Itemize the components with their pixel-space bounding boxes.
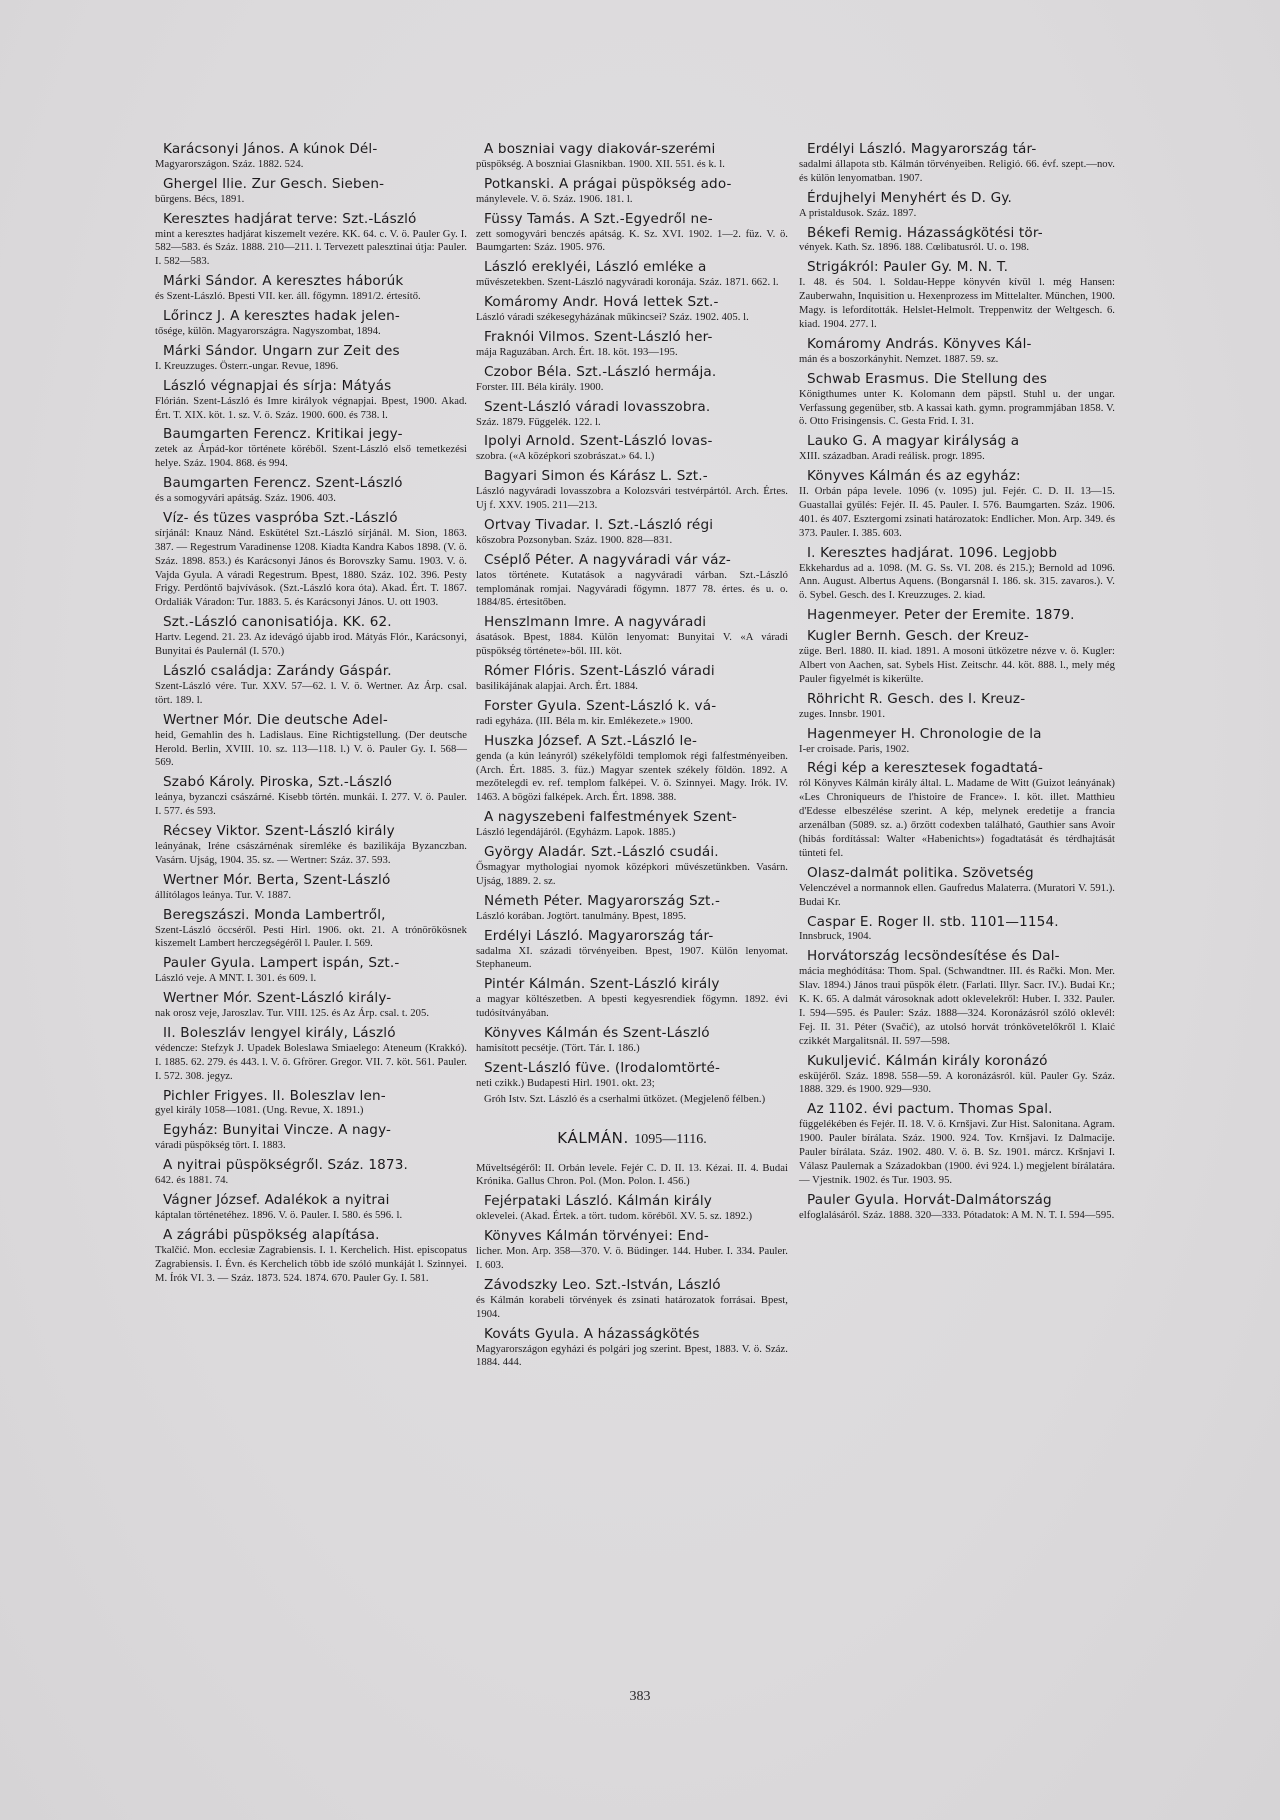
bibliography-entry: A nyitrai püspökségről. Száz. 1873.642. … [155,1159,467,1188]
entry-heading: Régi kép a keresztesek fogadtatá- [807,760,1043,776]
bibliography-entry: Wertner Mór. Berta, Szent-Lászlóállítóla… [155,874,467,903]
entry-text: zuges. Innsbr. 1901. [799,709,885,720]
bibliography-entry: Szt.-László canonisatiója. KK. 62.Hartv.… [155,616,467,659]
middle-entries: A boszniai vagy diakovár-szerémipüspöksé… [476,143,788,1107]
entry-heading: Beregszászi. Monda Lambertről, [163,907,386,923]
entry-text: I. 48. és 504. l. Soldau-Heppe könyvén k… [799,277,1115,330]
bibliography-entry: Műveltségéről: II. Orbán levele. Fejér C… [476,1162,788,1190]
bibliography-entry: A nagyszebeni falfestmények Szent-László… [476,811,788,840]
entry-heading: Ghergel Ilie. Zur Gesch. Sieben- [163,176,384,192]
bibliography-entry: Érdujhelyi Menyhért és D. Gy.A pristaldu… [799,192,1115,221]
entry-heading: Wertner Mór. Berta, Szent-László [163,872,390,888]
entry-text: basilikájának alapjai. Arch. Ért. 1884. [476,681,638,692]
entry-heading: Horvátország lecsöndesítése és Dal- [807,948,1060,964]
entry-text: Forster. III. Béla király. 1900. [476,382,603,393]
bibliography-entry: Könyves Kálmán és Szent-Lászlóhamisított… [476,1027,788,1056]
entry-text: radi egyháza. (III. Béla m. kir. Emlékez… [476,716,693,727]
bibliography-entry: László végnapjai és sírja: MátyásFlórián… [155,380,467,423]
bibliography-entry: Régi kép a keresztesek fogadtatá-ról Kön… [799,762,1115,860]
entry-text: neti czikk.) Budapesti Hirl. 1901. okt. … [476,1078,655,1089]
entry-heading: Szt.-László canonisatiója. KK. 62. [163,614,392,630]
bibliography-entry: Závodszky Leo. Szt.-István, Lászlóés Kál… [476,1279,788,1322]
entry-text: Velenczével a normannok ellen. Gaufredus… [799,883,1115,908]
bibliography-entry: Komáromy Andr. Hová lettek Szt.-László v… [476,296,788,325]
entry-heading: Erdélyi László. Magyarország tár- [807,141,1036,157]
entry-text: oklevelei. (Akad. Értek. a tört. tudom. … [476,1211,752,1222]
middle-entries-after-section: Műveltségéről: II. Orbán levele. Fejér C… [476,1162,788,1371]
entry-text: függelékében és Fejér. II. 18. V. ö. Krn… [799,1119,1115,1186]
entry-text: szobra. («A középkori szobrászat.» 64. l… [476,451,654,462]
bibliography-entry: Márki Sándor. Ungarn zur Zeit desI. Kreu… [155,345,467,374]
entry-text: kőszobra Pozsonyban. Száz. 1900. 828—831… [476,535,672,546]
bibliography-entry: Fraknói Vilmos. Szent-László her-mája Ra… [476,331,788,360]
entry-heading: László családja: Zarándy Gáspár. [163,663,392,679]
bibliography-entry: Békefi Remig. Házasságkötési tör-vények.… [799,227,1115,256]
entry-text: genda (a kún leányról) székelyföldi temp… [476,751,788,804]
bibliography-entry: Az 1102. évi pactum. Thomas Spal.függelé… [799,1103,1115,1187]
entry-heading: Márki Sándor. A keresztes háborúk [163,273,403,289]
bibliography-entry: A zágrábi püspökség alapítása.Tkalčić. M… [155,1229,467,1286]
entry-heading: Kukuljević. Kálmán király koronázó [807,1053,1048,1069]
bibliography-entry: Márki Sándor. A keresztes háborúkés Szen… [155,275,467,304]
entry-text: mánylevele. V. ö. Száz. 1906. 181. l. [476,194,633,205]
entry-text: püspökség. A boszniai Glasnikban. 1900. … [476,159,725,170]
bibliography-entry: Rómer Flóris. Szent-László váradibasilik… [476,665,788,694]
book-page: Karácsonyi János. A kúnok Dél-Magyarorsz… [0,0,1280,1820]
entry-heading: Vágner József. Adalékok a nyitrai [163,1192,390,1208]
entry-heading: Pauler Gyula. Lampert ispán, Szt.- [163,955,399,971]
entry-text: Königthumes unter K. Kolomann dem päpstl… [799,389,1115,428]
bibliography-entry: Szent-László füve. (Irodalomtörté-neti c… [476,1062,788,1107]
entry-heading: Olasz-dalmát politika. Szövetség [807,865,1034,881]
entry-text: I. Kreuzzuges. Österr.-ungar. Revue, 189… [155,361,338,372]
entry-heading: A zágrábi püspökség alapítása. [163,1227,380,1243]
bibliography-entry: Schwab Erasmus. Die Stellung desKönigthu… [799,373,1115,430]
entry-heading: Szent-László váradi lovasszobra. [484,399,710,415]
bibliography-entry: Szent-László váradi lovasszobra.Száz. 18… [476,401,788,430]
entry-text: Flórián. Szent-László és Imre királyok v… [155,396,467,421]
bibliography-entry: Karácsonyi János. A kúnok Dél-Magyarorsz… [155,143,467,172]
entry-heading: Potkanski. A prágai püspökség ado- [484,176,732,192]
bibliography-entry: Baumgarten Ferencz. Szent-Lászlóés a som… [155,477,467,506]
entry-text: és Szent-László. Bpesti VII. ker. áll. f… [155,291,421,302]
entry-text: vények. Kath. Sz. 1896. 188. Cœlibatusró… [799,242,1029,253]
entry-heading: Bagyari Simon és Kárász L. Szt.- [484,468,708,484]
bibliography-entry: Könyves Kálmán törvényei: End-licher. Mo… [476,1230,788,1273]
entry-text: Tkalčić. Mon. ecclesiæ Zagrabiensis. I. … [155,1245,467,1284]
bibliography-entry: Caspar E. Roger II. stb. 1101—1154.Innsb… [799,916,1115,945]
bibliography-entry: Huszka József. A Szt.-László le-genda (a… [476,735,788,806]
entry-heading: Baumgarten Ferencz. Szent-László [163,475,403,491]
entry-heading: Erdélyi László. Magyarország tár- [484,928,713,944]
entry-text: esküjéről. Száz. 1898. 558—59. A koronáz… [799,1071,1115,1096]
bibliography-entry: György Aladár. Szt.-László csudái.Ősmagy… [476,846,788,889]
bibliography-entry: Récsey Viktor. Szent-László királyleányá… [155,825,467,868]
entry-heading: Márki Sándor. Ungarn zur Zeit des [163,343,400,359]
entry-text: Ősmagyar mythologiai nyomok középkori mű… [476,862,788,887]
bibliography-entry: László ereklyéi, László emléke aművészet… [476,261,788,290]
entry-text: ásatások. Bpest, 1884. Külön lenyomat: B… [476,632,788,657]
section-title: KÁLMÁN. [557,1129,629,1147]
entry-heading: A nagyszebeni falfestmények Szent- [484,809,737,825]
bibliography-entry: Németh Péter. Magyarország Szt.-László k… [476,895,788,924]
entry-text: bürgens. Bécs, 1891. [155,194,244,205]
entry-heading: II. Boleszláv lengyel király, László [163,1025,396,1041]
entry-text: László veje. A MNT. I. 301. és 609. l. [155,973,316,984]
bibliography-entry: Lőrincz J. A keresztes hadak jelen-tőség… [155,310,467,339]
entry-heading: Lauko G. A magyar királyság a [807,433,1019,449]
bibliography-entry: A boszniai vagy diakovár-szerémipüspöksé… [476,143,788,172]
bibliography-entry: Czobor Béla. Szt.-László hermája.Forster… [476,366,788,395]
entry-heading: Huszka József. A Szt.-László le- [484,733,697,749]
entry-text: XIII. században. Aradi reálisk. progr. 1… [799,451,985,462]
entry-heading: Fraknói Vilmos. Szent-László her- [484,329,713,345]
bibliography-entry: Wertner Mór. Szent-László király-nak oro… [155,992,467,1021]
entry-heading: Komáromy Andr. Hová lettek Szt.- [484,294,719,310]
entry-text: művészetekben. Szent-László nagyváradi k… [476,277,779,288]
entry-heading: Szabó Károly. Piroska, Szt.-László [163,774,392,790]
entry-text: Magyarországon egyházi és polgári jog sz… [476,1344,788,1369]
column-right: Erdélyi László. Magyarország tár-sadalmi… [799,143,1115,1229]
entry-heading: György Aladár. Szt.-László csudái. [484,844,719,860]
bibliography-entry: Henszlmann Imre. A nagyváradiásatások. B… [476,616,788,659]
entry-heading: Komáromy András. Könyves Kál- [807,336,1032,352]
bibliography-entry: Pichler Frigyes. II. Boleszlav len-gyel … [155,1090,467,1119]
entry-text: mája Raguzában. Arch. Ért. 18. köt. 193—… [476,347,678,358]
entry-heading: Németh Péter. Magyarország Szt.- [484,893,720,909]
entry-heading: Pintér Kálmán. Szent-László király [484,976,720,992]
entry-heading: Könyves Kálmán és Szent-László [484,1025,710,1041]
bibliography-entry: Pauler Gyula. Horvát-Dalmátországelfogla… [799,1194,1115,1223]
entry-heading: Kováts Gyula. A házasságkötés [484,1326,700,1342]
bibliography-entry: Hagenmeyer H. Chronologie de laI-er croi… [799,728,1115,757]
entry-heading: Könyves Kálmán törvényei: End- [484,1228,709,1244]
bibliography-entry: Komáromy András. Könyves Kál-mán és a bo… [799,338,1115,367]
entry-heading: A nyitrai püspökségről. Száz. 1873. [163,1157,408,1173]
entry-heading: Könyves Kálmán és az egyház: [807,468,1021,484]
bibliography-entry: Wertner Mór. Die deutsche Adel-heid, Gem… [155,714,467,771]
entry-text: mint a keresztes hadjárat kiszemelt vezé… [155,229,467,268]
entry-text: A pristaldusok. Száz. 1897. [799,208,916,219]
entry-text: Ekkehardus ad a. 1098. (M. G. Ss. VI. 20… [799,563,1115,602]
bibliography-entry: Vágner József. Adalékok a nyitraikáptala… [155,1194,467,1223]
entry-heading: Baumgarten Ferencz. Kritikai jegy- [163,426,403,442]
entry-text: László váradi székesegyházának műkincsei… [476,312,749,323]
bibliography-entry: Potkanski. A prágai püspökség ado-mányle… [476,178,788,207]
bibliography-entry: Erdélyi László. Magyarország tár-sadalmi… [799,143,1115,186]
entry-heading: Víz- és tüzes vaspróba Szt.-László [163,510,398,526]
bibliography-entry: Strigákról: Pauler Gy. M. N. T.I. 48. és… [799,261,1115,332]
bibliography-entry: Szabó Károly. Piroska, Szt.-Lászlóleánya… [155,776,467,819]
entry-text: hamisított pecsétje. (Tört. Tár. I. 186.… [476,1043,640,1054]
entry-text: elfoglalásáról. Száz. 1888. 320—333. Pót… [799,1210,1114,1221]
entry-text: László korában. Jogtört. tanulmány. Bpes… [476,911,686,922]
entry-heading: Lőrincz J. A keresztes hadak jelen- [163,308,400,324]
bibliography-entry: Ortvay Tivadar. I. Szt.-László régikőszo… [476,519,788,548]
entry-text: a magyar költészetben. A bpesti kegyesre… [476,994,788,1019]
bibliography-entry: Horvátország lecsöndesítése és Dal-mácia… [799,950,1115,1048]
entry-heading: Wertner Mór. Szent-László király- [163,990,391,1006]
bibliography-entry: Víz- és tüzes vaspróba Szt.-Lászlósírján… [155,512,467,610]
entry-heading: Kugler Bernh. Gesch. der Kreuz- [807,628,1029,644]
entry-heading: Rómer Flóris. Szent-László váradi [484,663,715,679]
entry-heading: Röhricht R. Gesch. des I. Kreuz- [807,691,1025,707]
entry-heading: Hagenmeyer. Peter der Eremite. 1879. [807,607,1075,623]
bibliography-entry: Lauko G. A magyar királyság aXIII. száza… [799,435,1115,464]
entry-heading: Henszlmann Imre. A nagyváradi [484,614,706,630]
bibliography-entry: Fejérpataki László. Kálmán királyoklevel… [476,1195,788,1224]
entry-text: és a somogyvári apátság. Száz. 1906. 403… [155,493,336,504]
entry-text: I-er croisade. Paris, 1902. [799,744,909,755]
entry-heading: Füssy Tamás. A Szt.-Egyedről ne- [484,211,713,227]
entry-text: ról Könyves Kálmán király által. L. Mada… [799,778,1115,859]
entry-heading: László ereklyéi, László emléke a [484,259,707,275]
bibliography-entry: Röhricht R. Gesch. des I. Kreuz-zuges. I… [799,693,1115,722]
entry-heading: Karácsonyi János. A kúnok Dél- [163,141,377,157]
bibliography-entry: Hagenmeyer. Peter der Eremite. 1879. [799,609,1115,624]
bibliography-entry: Bagyari Simon és Kárász L. Szt.-László n… [476,470,788,513]
entry-heading: Forster Gyula. Szent-László k. vá- [484,698,716,714]
bibliography-entry: Baumgarten Ferencz. Kritikai jegy-zetek … [155,428,467,471]
entry-text: és Kálmán korabeli törvények és zsinati … [476,1295,788,1320]
bibliography-entry: Egyház: Bunyitai Vincze. A nagy-váradi p… [155,1124,467,1153]
entry-text: licher. Mon. Arp. 358—370. V. ö. Büdinge… [476,1246,788,1271]
entry-heading: Wertner Mór. Die deutsche Adel- [163,712,388,728]
entry-heading: Békefi Remig. Házasságkötési tör- [807,225,1043,241]
entry-text: latos története. Kutatások a nagyváradi … [476,570,788,609]
bibliography-entry: Pintér Kálmán. Szent-László királya magy… [476,978,788,1021]
entry-heading: Schwab Erasmus. Die Stellung des [807,371,1047,387]
bibliography-entry: Beregszászi. Monda Lambertről,Szent-Lász… [155,909,467,952]
column-left: Karácsonyi János. A kúnok Dél-Magyarorsz… [155,143,467,1291]
entry-heading: I. Keresztes hadjárat. 1096. Legjobb [807,545,1057,561]
bibliography-entry: I. Keresztes hadjárat. 1096. LegjobbEkke… [799,547,1115,604]
entry-text: II. Orbán pápa levele. 1096 (v. 1095) ju… [799,486,1115,539]
entry-heading: Szent-László füve. (Irodalomtörté- [484,1060,720,1076]
entry-text: mácia meghódítása: Thom. Spal. (Schwandt… [799,966,1115,1047]
entry-heading: Cséplő Péter. A nagyváradi vár váz- [484,552,731,568]
bibliography-entry: Füssy Tamás. A Szt.-Egyedről ne-zett som… [476,213,788,256]
entry-text: heid, Gemahlin des h. Ladislaus. Eine Ri… [155,730,467,769]
entry-text: állítólagos leánya. Tur. V. 1887. [155,890,291,901]
entry-text: sadalma XI. századi törvényeiben. Bpest,… [476,946,788,971]
entry-text: káptalan történetéhez. 1896. V. ö. Paule… [155,1210,402,1221]
entry-text: zett somogyvári benczés apátság. K. Sz. … [476,229,788,254]
entry-heading: Ortvay Tivadar. I. Szt.-László régi [484,517,713,533]
entry-heading: A boszniai vagy diakovár-szerémi [484,141,715,157]
entry-heading: Az 1102. évi pactum. Thomas Spal. [807,1101,1053,1117]
entry-text: Szent-László vére. Tur. XXV. 57—62. l. V… [155,681,467,706]
bibliography-entry: Kukuljević. Kálmán király koronázóesküjé… [799,1055,1115,1098]
entry-text: Magyarországon. Száz. 1882. 524. [155,159,303,170]
bibliography-entry: Kugler Bernh. Gesch. der Kreuz-züge. Ber… [799,630,1115,687]
bibliography-entry: Olasz-dalmát politika. SzövetségVelenczé… [799,867,1115,910]
entry-text: László nagyváradi lovasszobra a Kolozsvá… [476,486,788,511]
entry-text: Gróh Istv. Szt. László és a cserhalmi üt… [476,1093,788,1107]
entry-text: zetek az Árpád-kor története köréből. Sz… [155,444,467,469]
entry-text: gyel király 1058—1081. (Ung. Revue, X. 1… [155,1105,364,1116]
entry-heading: Hagenmeyer H. Chronologie de la [807,726,1042,742]
entry-heading: László végnapjai és sírja: Mátyás [163,378,391,394]
entry-text: váradi püspökség tört. I. 1883. [155,1140,286,1151]
bibliography-entry: Ghergel Ilie. Zur Gesch. Sieben-bürgens.… [155,178,467,207]
entry-heading: Pichler Frigyes. II. Boleszlav len- [163,1088,386,1104]
bibliography-entry: Könyves Kálmán és az egyház:II. Orbán pá… [799,470,1115,541]
bibliography-entry: Kováts Gyula. A házasságkötésMagyarorszá… [476,1328,788,1371]
bibliography-entry: Ipolyi Arnold. Szent-László lovas-szobra… [476,435,788,464]
bibliography-entry: Cséplő Péter. A nagyváradi vár váz-latos… [476,554,788,611]
entry-text: Hartv. Legend. 21. 23. Az idevágó újabb … [155,632,467,657]
entry-text: védencze: Stefzyk J. Upadek Boleslawa Sm… [155,1043,467,1082]
entry-heading: Závodszky Leo. Szt.-István, László [484,1277,721,1293]
section-heading: KÁLMÁN. 1095—1116. [476,1129,788,1148]
entry-text: Száz. 1879. Függelék. 122. l. [476,417,601,428]
entry-text: sadalmi állapota stb. Kálmán törvényeibe… [799,159,1115,184]
section-years: 1095—1116. [634,1132,706,1147]
entry-text: tősége, külön. Magyarországra. Nagyszomb… [155,326,381,337]
entry-heading: Érdujhelyi Menyhért és D. Gy. [807,190,1012,206]
bibliography-entry: II. Boleszláv lengyel király, Lászlóvéde… [155,1027,467,1084]
entry-text: mán és a boszorkányhit. Nemzet. 1887. 59… [799,354,998,365]
entry-text: László legendájáról. (Egyházm. Lapok. 18… [476,827,675,838]
entry-text: leánya, byzanczi császárné. Kisebb törté… [155,792,467,817]
entry-heading: Fejérpataki László. Kálmán király [484,1193,712,1209]
page-number: 383 [0,1689,1280,1705]
entry-text: Műveltségéről: II. Orbán levele. Fejér C… [476,1163,788,1188]
entry-text: züge. Berl. 1880. II. kiad. 1891. A moso… [799,646,1115,685]
entry-heading: Keresztes hadjárat terve: Szt.-László [163,211,417,227]
entry-text: Innsbruck, 1904. [799,931,871,942]
entry-heading: Czobor Béla. Szt.-László hermája. [484,364,716,380]
bibliography-entry: Erdélyi László. Magyarország tár-sadalma… [476,930,788,973]
entry-heading: Récsey Viktor. Szent-László király [163,823,395,839]
entry-text: leányának, Iréne császárnénak síremléke … [155,841,467,866]
entry-heading: Pauler Gyula. Horvát-Dalmátország [807,1192,1052,1208]
entry-heading: Ipolyi Arnold. Szent-László lovas- [484,433,713,449]
bibliography-entry: Forster Gyula. Szent-László k. vá-radi e… [476,700,788,729]
entry-heading: Caspar E. Roger II. stb. 1101—1154. [807,914,1059,930]
entry-text: sírjánál: Knauz Nánd. Eskütétel Szt.-Lás… [155,528,467,609]
entry-text: nak orosz veje, Jaroszlav. Tur. VIII. 12… [155,1008,429,1019]
bibliography-entry: Keresztes hadjárat terve: Szt.-Lászlómin… [155,213,467,270]
entry-heading: Strigákról: Pauler Gy. M. N. T. [807,259,1008,275]
entry-heading: Egyház: Bunyitai Vincze. A nagy- [163,1122,391,1138]
entry-text: 642. és 1881. 74. [155,1175,228,1186]
column-middle: A boszniai vagy diakovár-szerémipüspöksé… [476,143,788,1376]
entry-text: Szent-László öccséről. Pesti Hirl. 1906.… [155,925,467,950]
bibliography-entry: László családja: Zarándy Gáspár.Szent-Lá… [155,665,467,708]
bibliography-entry: Pauler Gyula. Lampert ispán, Szt.-László… [155,957,467,986]
